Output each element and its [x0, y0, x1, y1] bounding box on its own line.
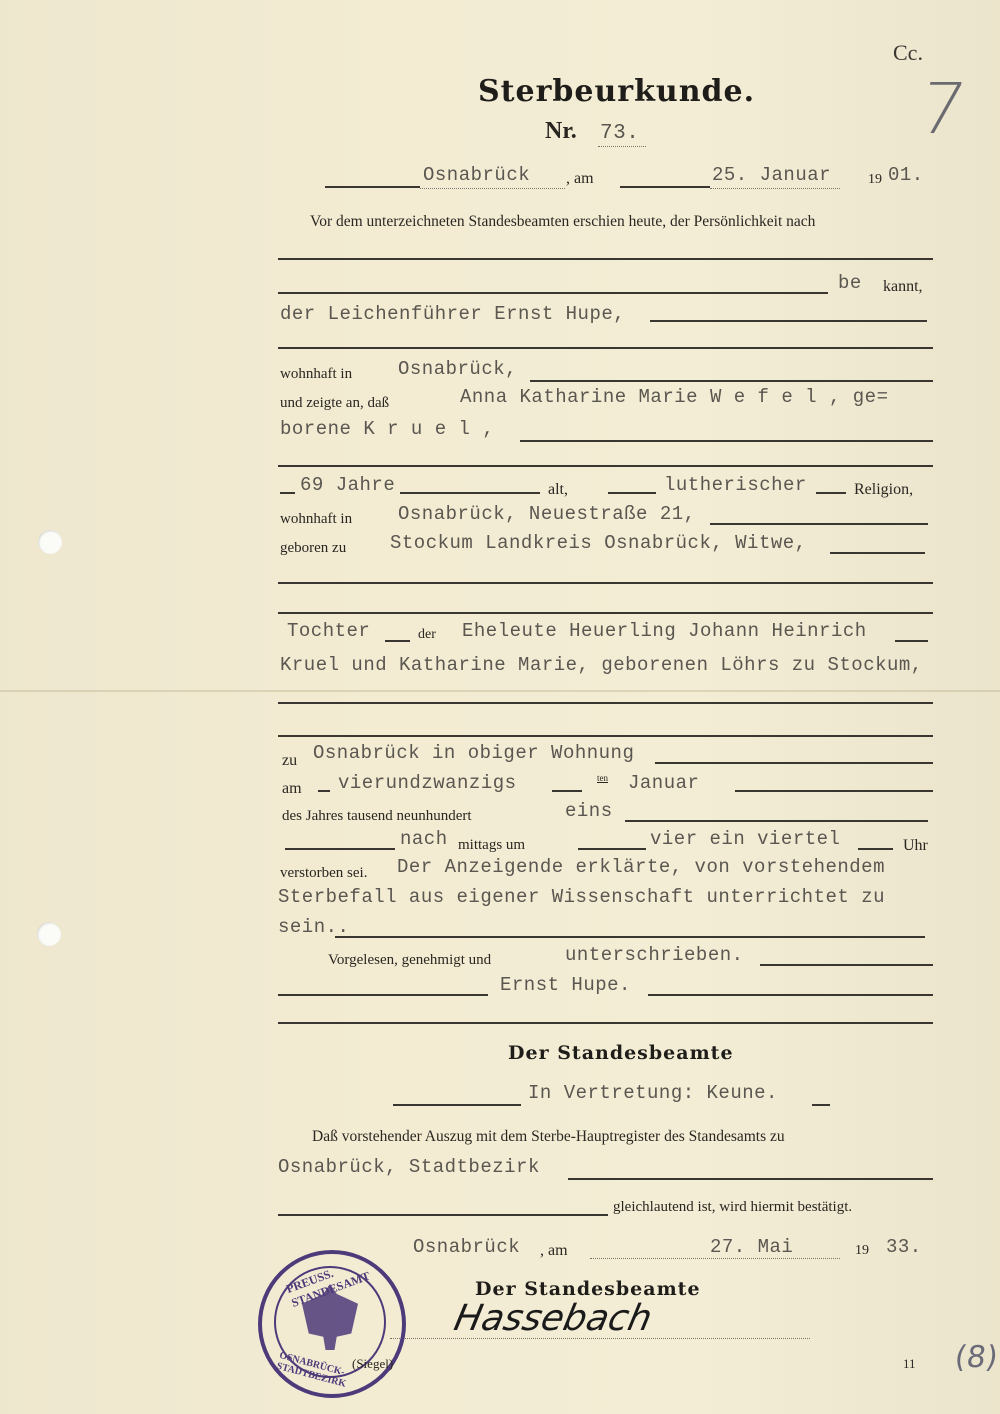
underline	[812, 1104, 830, 1106]
blank-line	[278, 702, 933, 704]
official-seal-stamp: PREUSS. STANDESAMT OSNABRÜCK-STADTBEZIRK	[258, 1250, 406, 1398]
blank-line	[278, 1214, 608, 1216]
blank-line	[278, 258, 933, 260]
underline	[285, 848, 395, 850]
death-time: vier ein viertel	[650, 828, 840, 850]
underline	[420, 188, 565, 189]
underline	[590, 1258, 840, 1259]
residence-label: wohnhaft in	[280, 366, 352, 383]
blank-line	[625, 820, 928, 822]
underline	[578, 848, 646, 850]
page-number: 11	[903, 1356, 916, 1372]
born-value: Stockum Landkreis Osnabrück, Witwe,	[390, 532, 807, 554]
handwritten-number: 7	[913, 68, 972, 150]
underline	[393, 1104, 521, 1106]
known-printed: kannt,	[883, 278, 923, 296]
underline	[816, 492, 846, 494]
issue-year: 01.	[888, 164, 924, 186]
punch-hole	[37, 922, 61, 946]
cert-am-label: , am	[540, 1242, 568, 1260]
registrar-value: In Vertretung: Keune.	[528, 1082, 778, 1104]
reported-label: und zeigte an, daß	[280, 395, 389, 412]
blank-line	[278, 735, 933, 737]
der-label: der	[418, 627, 436, 643]
century: 19	[868, 172, 882, 188]
cert-century: 19	[855, 1243, 869, 1259]
alt-label: alt,	[548, 481, 568, 499]
underline	[895, 640, 928, 642]
uhr-label: Uhr	[903, 837, 928, 855]
certification-ending: gleichlautend ist, wird hiermit bestätig…	[613, 1199, 852, 1216]
religion-label: Religion,	[854, 481, 913, 499]
parents-line-2: Kruel und Katharine Marie, geborenen Löh…	[280, 654, 923, 676]
certification-office: Osnabrück, Stadtbezirk	[278, 1156, 540, 1178]
parents-line-1: Eheleute Heuerling Johann Heinrich	[462, 620, 867, 642]
blank-line	[568, 1178, 933, 1180]
underline	[858, 848, 893, 850]
death-place-value: Osnabrück in obiger Wohnung	[313, 742, 634, 764]
cert-date: 27. Mai	[710, 1236, 793, 1258]
register-code: Cc.	[893, 40, 923, 66]
blank-line	[278, 347, 933, 349]
am-label: , am	[566, 170, 594, 188]
underline	[400, 492, 540, 494]
blank-line	[710, 523, 928, 525]
blank-line	[278, 1022, 933, 1024]
document-title: Sterbeurkunde.	[478, 74, 755, 109]
underline	[648, 994, 933, 996]
death-year-value: eins	[565, 800, 613, 822]
death-place-label: zu	[282, 752, 297, 770]
nr-label: Nr.	[545, 118, 577, 145]
death-day-value: vierundzwanzigs	[338, 772, 517, 794]
informant: der Leichenführer Ernst Hupe,	[280, 303, 625, 325]
blank-line	[335, 936, 925, 938]
registrar-heading: Der Standesbeamte	[508, 1042, 734, 1064]
underline	[278, 994, 488, 996]
underline	[280, 492, 295, 494]
issue-date: 25. Januar	[712, 164, 831, 186]
blank-line	[735, 790, 933, 792]
known-typed: be	[838, 272, 862, 294]
read-value: unterschrieben.	[565, 944, 744, 966]
blank-line	[655, 762, 933, 764]
residence-value: Osnabrück,	[398, 358, 517, 380]
death-time-part: nach	[400, 828, 448, 850]
deceased-maiden-name: borene K r u e l ,	[280, 418, 494, 440]
underline	[325, 186, 420, 188]
handwritten-mark: (8)	[953, 1340, 1000, 1375]
death-month: Januar	[628, 772, 699, 794]
deceased-residence-label: wohnhaft in	[280, 511, 352, 528]
statement-line-3: sein..	[278, 916, 349, 938]
deceased-residence-value: Osnabrück, Neuestraße 21,	[398, 503, 696, 525]
statement-line-1: Der Anzeigende erklärte, von vorstehende…	[397, 856, 885, 878]
underline	[385, 640, 410, 642]
seal-label: (Siegel)	[352, 1356, 393, 1372]
blank-line	[530, 380, 933, 382]
blank-line	[520, 440, 933, 442]
issue-place: Osnabrück	[423, 164, 530, 186]
age-value: 69 Jahre	[300, 474, 395, 496]
blank-line	[830, 552, 925, 554]
cert-year: 33.	[886, 1236, 922, 1258]
signer: Ernst Hupe.	[500, 974, 631, 996]
cert-place: Osnabrück	[413, 1236, 520, 1258]
blank-line	[278, 612, 933, 614]
blank-line	[650, 320, 927, 322]
relation: Tochter	[287, 620, 370, 642]
mittags-label: mittags um	[458, 837, 525, 854]
blank-line	[278, 292, 828, 294]
underline	[318, 790, 330, 792]
underline	[598, 146, 646, 147]
nr-value: 73.	[600, 122, 639, 145]
ten-suffix: ten	[597, 773, 608, 783]
registrar-signature: Hassebach	[451, 1298, 656, 1339]
deceased-name: Anna Katharine Marie W e f e l , ge=	[460, 386, 888, 408]
punch-hole	[38, 530, 62, 554]
underline	[552, 790, 582, 792]
read-label: Vorgelesen, genehmigt und	[328, 952, 491, 969]
underline	[620, 186, 710, 188]
born-label: geboren zu	[280, 540, 346, 557]
blank-line	[278, 465, 933, 467]
blank-line	[760, 964, 933, 966]
signature-line	[390, 1338, 810, 1339]
certification-text: Daß vorstehender Auszug mit dem Sterbe-H…	[312, 1128, 785, 1146]
statement-line-2: Sterbefall aus eigener Wissenschaft unte…	[278, 886, 885, 908]
death-day-label: am	[282, 780, 302, 798]
cert-signature-heading: Der Standesbeamte	[475, 1278, 701, 1300]
paper-fold	[0, 690, 1000, 692]
death-year-label: des Jahres tausend neunhundert	[282, 808, 472, 825]
religion-value: lutherischer	[664, 474, 807, 496]
underline	[710, 188, 840, 189]
intro-text: Vor dem unterzeichneten Standesbeamten e…	[310, 213, 815, 231]
underline	[608, 492, 656, 494]
statement-label: verstorben sei.	[280, 865, 367, 882]
blank-line	[278, 582, 933, 584]
